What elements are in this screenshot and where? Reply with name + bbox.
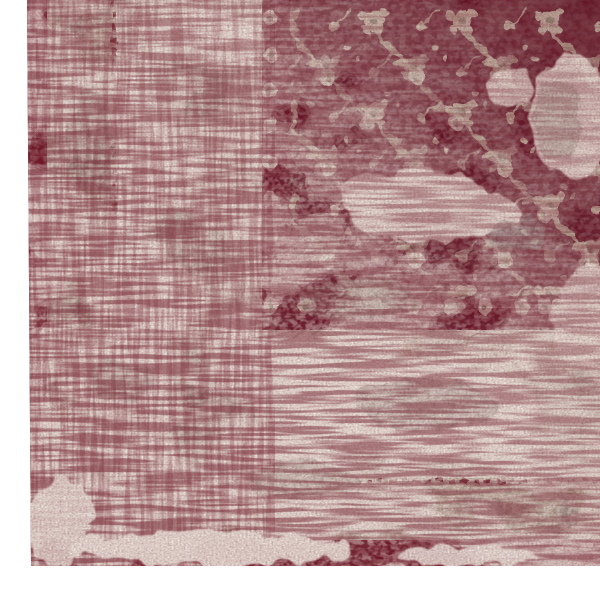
rug-product-photo: Close-up corner of a distressed vintage … xyxy=(0,0,600,600)
rug xyxy=(27,0,600,566)
grain-overlay xyxy=(27,0,600,566)
rug-photo-svg xyxy=(0,0,600,600)
